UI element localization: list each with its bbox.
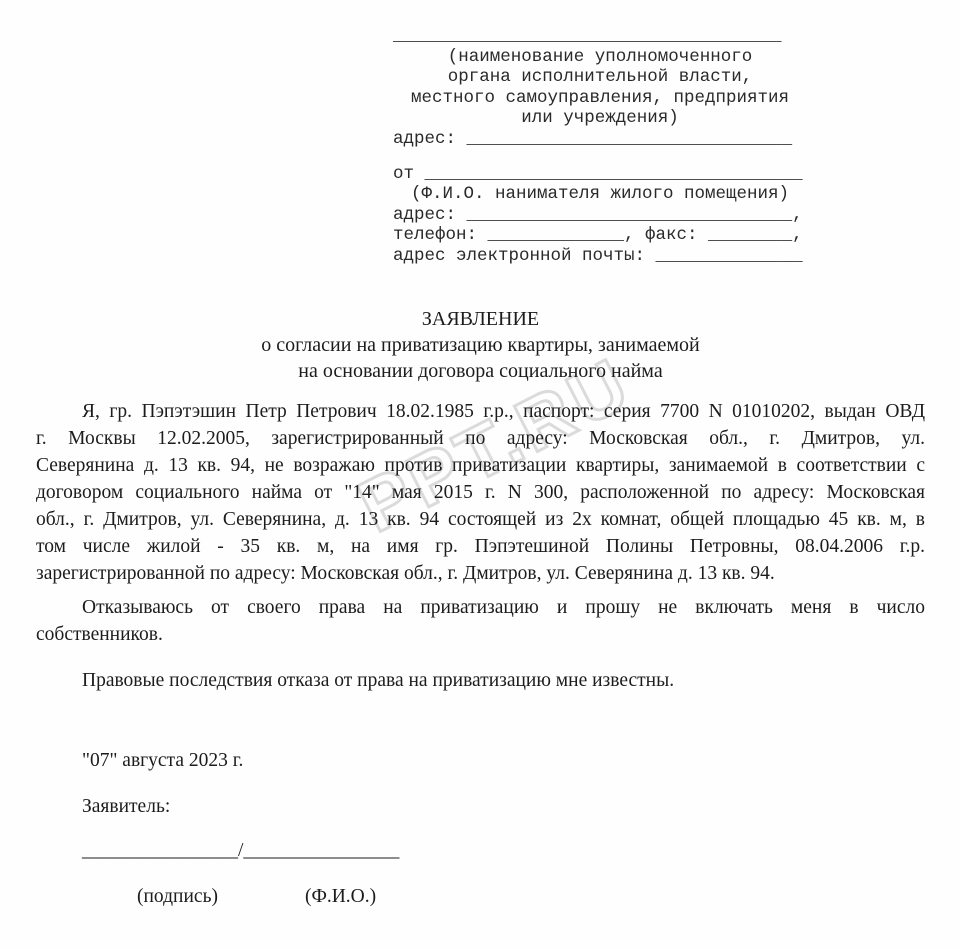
signature-caption: (подпись) — [137, 886, 218, 907]
paragraph-line: договором социального найма от "14" мая … — [36, 479, 925, 506]
paragraph-line: том числе жилой - 35 кв. м, на имя гр. П… — [36, 533, 925, 560]
paragraph-line: зарегистрированной по адресу: Московская… — [36, 560, 925, 587]
from-line: от ____________________________________ — [393, 164, 807, 185]
recipient-name-blank-line: _____________________________________ — [393, 26, 807, 47]
paragraph-line: г. Москвы 12.02.2005, зарегистрированный… — [36, 425, 925, 452]
recipient-caption-line-3: местного самоуправления, предприятия — [393, 88, 807, 109]
document-title: ЗАЯВЛЕНИЕ — [0, 306, 961, 332]
applicant-label: Заявитель: — [82, 796, 170, 818]
title-block: ЗАЯВЛЕНИЕ о согласии на приватизацию ква… — [0, 306, 961, 384]
signature-line: ________________/________________ — [82, 840, 399, 862]
document-subtitle-1: о согласии на приватизацию квартиры, зан… — [0, 332, 961, 358]
date-line: "07" августа 2023 г. — [82, 750, 243, 772]
document-page: PPT.RU _________________________________… — [0, 0, 961, 948]
paragraph-line: обл., г. Дмитров, ул. Северянина, д. 13 … — [36, 506, 925, 533]
recipient-caption-line-2: органа исполнительной власти, — [393, 67, 807, 88]
applicant-address-line: адрес: _______________________________, — [393, 205, 807, 226]
main-paragraph: Я, гр. Пэпэтэшин Петр Петрович 18.02.198… — [36, 398, 925, 587]
phone-fax-line: телефон: _____________, факс: ________, — [393, 225, 807, 246]
paragraph-line: собственников. — [36, 621, 925, 648]
signature-captions: (подпись)(Ф.И.О.) — [137, 886, 376, 908]
paragraph-line: Северянина д. 13 кв. 94, не возражаю про… — [36, 452, 925, 479]
document-subtitle-2: на основании договора социального найма — [0, 358, 961, 384]
fio-caption-line: (Ф.И.О. нанимателя жилого помещения) — [393, 184, 807, 205]
paragraph-line: Правовые последствия отказа от права на … — [36, 667, 925, 694]
refusal-paragraph: Отказываюсь от своего права на приватиза… — [36, 594, 925, 648]
recipient-caption-line-4: или учреждения) — [393, 108, 807, 129]
consequences-paragraph: Правовые последствия отказа от права на … — [36, 667, 925, 694]
email-line: адрес электронной почты: ______________ — [393, 246, 807, 267]
paragraph-line: Я, гр. Пэпэтэшин Петр Петрович 18.02.198… — [36, 398, 925, 425]
recipient-caption-line-1: (наименование уполномоченного — [393, 47, 807, 68]
fio-caption: (Ф.И.О.) — [305, 886, 376, 907]
body-text: Я, гр. Пэпэтэшин Петр Петрович 18.02.198… — [36, 398, 925, 694]
recipient-address-line: адрес: _______________________________ — [393, 129, 807, 150]
recipient-block: _____________________________________ (н… — [393, 26, 807, 267]
paragraph-line: Отказываюсь от своего права на приватиза… — [36, 594, 925, 621]
